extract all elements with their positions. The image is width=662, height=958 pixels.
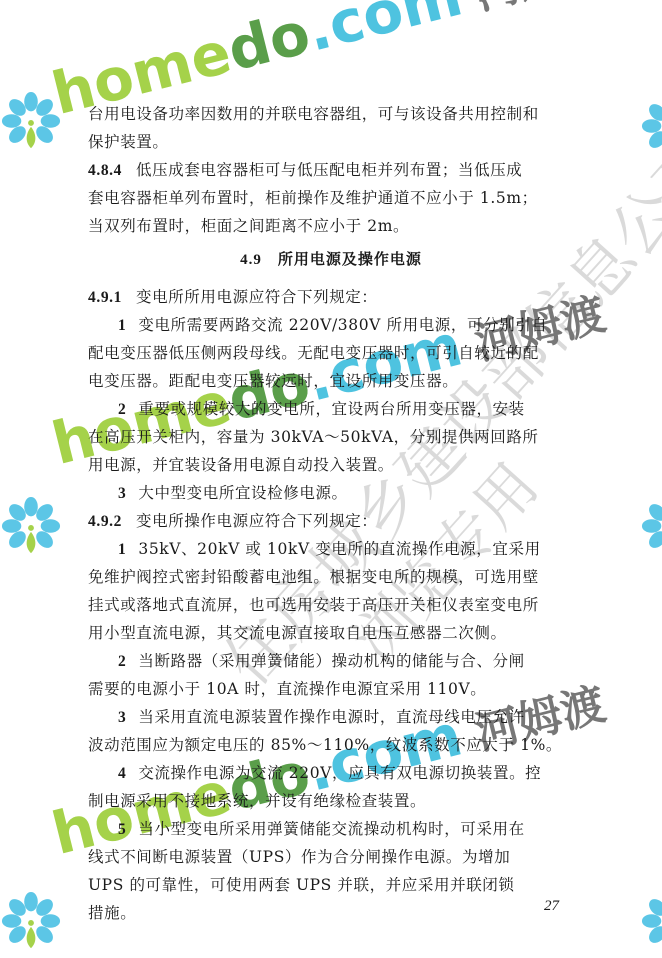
item-number: 2 [118,401,126,418]
text-line: 制电源采用不接地系统，并设有绝缘检查装置。 [88,789,426,813]
text-line: 需要的电源小于 10A 时，直流操作电源宜采用 110V。 [88,677,486,701]
list-item: 1变电所需要两路交流 220V/380V 所用电源，可分别引自 [88,313,548,337]
flower-logo-icon [640,495,662,557]
list-item: 135kV、20kV 或 10kV 变电所的直流操作电源，宜采用 [88,537,541,561]
list-item: 3当采用直流电源装置作操作电源时，直流母线电压允许 [88,705,525,729]
item-number: 4 [118,765,126,782]
list-item: 5当小型变电所采用弹簧储能交流操动机构时，可采用在 [88,817,525,841]
clause-4-9-2: 4.9.2变电所操作电源应符合下列规定： [88,509,378,533]
text-line: 低压成套电容器柜可与低压配电柜并列布置；当低压成 [136,161,522,179]
list-item: 4交流操作电源为交流 220V，应具有双电源切换装置。控 [88,761,541,785]
clause-4-9-1: 4.9.1变电所所用电源应符合下列规定： [88,285,378,309]
text-line: 在高压开关柜内，容量为 30kVA～50kVA，分别提供两回路所 [88,425,539,449]
flower-logo-icon [0,495,62,557]
flower-logo-icon [0,90,62,152]
item-number: 5 [118,821,126,838]
text-line: 交流操作电源为交流 220V，应具有双电源切换装置。控 [138,764,541,782]
flower-logo-icon [640,95,662,157]
text-line: 台用电设备功率因数用的并联电容器组，可与该设备共用控制和 [88,102,539,126]
item-number: 3 [118,709,126,726]
text-line: 大中型变电所宜设检修电源。 [138,484,347,502]
item-number: 1 [118,317,126,334]
clause-number: 4.9.1 [88,289,122,306]
text-line: 波动范围应为额定电压的 85%～110%，纹波系数不应大于 1%。 [88,733,562,757]
item-number: 1 [118,541,126,558]
clause-intro: 变电所所用电源应符合下列规定： [136,288,378,306]
text-line: 免维护阀控式密封铅酸蓄电池组。根据变电所的规模，可选用壁 [88,565,539,589]
clause-number: 4.9.2 [88,513,122,530]
list-item: 2重要或规模较大的变电所，宜设两台所用变压器，安装 [88,397,525,421]
text-line: 用电源，并宜装设备用电源自动投入装置。 [88,453,394,477]
flower-logo-icon [0,890,62,952]
item-number: 2 [118,653,126,670]
text-line: 当断路器（采用弹簧储能）操动机构的储能与合、分闸 [138,652,524,670]
page-number: 27 [544,898,559,915]
document-page: 住房城乡建设部信息公开 浏览专用 homedo.com 河姆渡 homedo.c… [0,0,662,958]
text-line: 挂式或落地式直流屏，也可选用安装于高压开关柜仪表室变电所 [88,593,539,617]
section-heading: 4.9所用电源及操作电源 [0,248,662,269]
clause-number: 4.8.4 [88,162,122,179]
text-line: 重要或规模较大的变电所，宜设两台所用变压器，安装 [138,400,524,418]
text-line: 当小型变电所采用弹簧储能交流操动机构时，可采用在 [138,820,524,838]
section-title: 所用电源及操作电源 [278,250,422,268]
text-line: 35kV、20kV 或 10kV 变电所的直流操作电源，宜采用 [138,540,540,558]
text-line: UPS 的可靠性，可使用两套 UPS 并联，并应采用并联闭锁 [88,873,515,897]
text-line: 措施。 [88,901,136,925]
item-number: 3 [118,485,126,502]
section-number: 4.9 [240,252,262,268]
text-line: 保护装置。 [88,130,169,154]
text-line: 线式不间断电源装置（UPS）作为合分闸操作电源。为增加 [88,845,510,869]
text-line: 用小型直流电源，其交流电源直接取自电压互感器二次侧。 [88,621,507,645]
clause-intro: 变电所操作电源应符合下列规定： [136,512,378,530]
text-line: 套电容器柜单列布置时，柜前操作及维护通道不应小于 1.5m； [88,186,538,210]
text-line: 当采用直流电源装置作操作电源时，直流母线电压允许 [138,708,524,726]
list-item: 3大中型变电所宜设检修电源。 [88,481,348,505]
list-item: 2当断路器（采用弹簧储能）操动机构的储能与合、分闸 [88,649,525,673]
text-line: 当双列布置时，柜面之间距离不应小于 2m。 [88,214,409,238]
text-line: 电变压器。距配电变压器较远时，宜设所用变压器。 [88,369,458,393]
text-line: 变电所需要两路交流 220V/380V 所用电源，可分别引自 [138,316,547,334]
clause-4-8-4: 4.8.4低压成套电容器柜可与低压配电柜并列布置；当低压成 [88,158,522,182]
flower-logo-icon [640,890,662,952]
text-line: 配电变压器低压侧两段母线。无配电变压器时，可引自较近的配 [88,341,539,365]
